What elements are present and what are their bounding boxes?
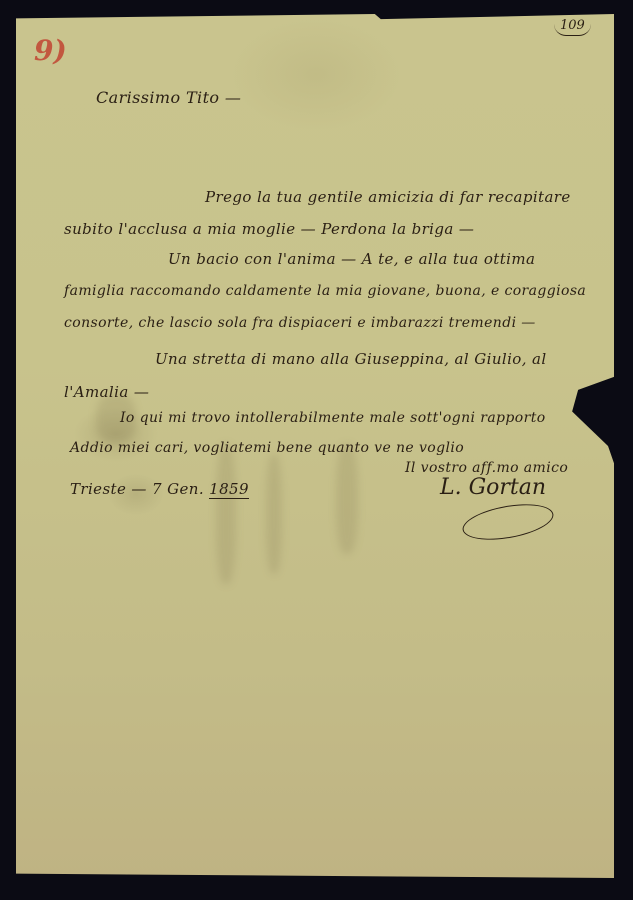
stain — [266, 454, 282, 574]
body-line-3: Un bacio con l'anima — A te, e alla tua … — [168, 250, 535, 268]
body-line-7: l'Amalia — — [64, 383, 149, 401]
date: 7 Gen. — [152, 480, 204, 498]
place-date: Trieste — 7 Gen. 1859 — [70, 480, 249, 498]
scan-stage: 9) 109 Carissimo Tito — Prego la tua gen… — [0, 0, 633, 900]
salutation: Carissimo Tito — — [96, 88, 241, 107]
year: 1859 — [209, 480, 249, 499]
folio-number: 109 — [554, 18, 591, 36]
archive-mark: 9) — [34, 34, 67, 67]
stain — [336, 444, 358, 554]
body-line-1: Prego la tua gentile amicizia di far rec… — [205, 188, 571, 206]
body-line-8: Io qui mi trovo intollerabilmente male s… — [120, 410, 546, 426]
body-line-6: Una stretta di mano alla Giuseppina, al … — [155, 350, 547, 368]
body-line-9: Addio miei cari, vogliatemi bene quanto … — [70, 440, 464, 456]
body-line-4: famiglia raccomando caldamente la mia gi… — [64, 283, 586, 299]
signature: L. Gortan — [440, 475, 546, 500]
body-line-2: subito l'acclusa a mia moglie — Perdona … — [64, 220, 474, 238]
stain — [216, 444, 236, 584]
body-line-5: consorte, che lascio sola fra dispiaceri… — [64, 315, 536, 331]
place: Trieste — — [70, 480, 147, 498]
closing: Il vostro aff.mo amico — [405, 460, 568, 476]
